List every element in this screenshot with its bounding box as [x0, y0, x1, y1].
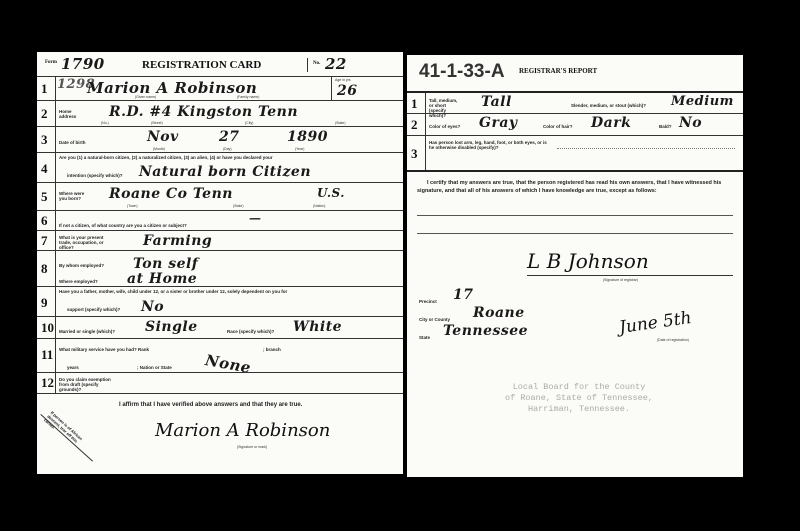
row-number: 4	[41, 161, 48, 177]
build-value: Medium	[671, 94, 734, 109]
home-address-value: R.D. #4 Kingston Tenn	[109, 104, 298, 120]
row-name: 1 1298 Marion A Robinson (Given name) (F…	[37, 76, 403, 101]
row-dependents: 9 Have you a father, mother, wife, child…	[37, 286, 403, 317]
row-occupation: 7 What is your present trade, occupation…	[37, 230, 403, 251]
registration-date: June 5th	[618, 308, 693, 338]
stamp-line: of Roane, State of Tennessee,	[479, 393, 679, 404]
field-label: Where employed?	[59, 279, 98, 284]
field-label: Color of eyes?	[429, 124, 460, 129]
given-name-label: (Given name)	[135, 95, 156, 99]
age-value: 26	[337, 83, 357, 99]
sub-label: (State)	[335, 121, 346, 125]
employer-value: Ton self	[133, 256, 198, 272]
local-board-stamp: Local Board for the County of Roane, Sta…	[479, 382, 679, 415]
row-number: 9	[41, 295, 48, 311]
birth-month: Nov	[147, 129, 179, 145]
sub-label: (City)	[245, 121, 253, 125]
exception-line	[417, 215, 733, 216]
divider	[307, 58, 308, 72]
sub-label: (Year)	[295, 147, 304, 151]
precinct-label: Precinct	[419, 299, 437, 304]
field-label: intention (specify which)?	[67, 173, 123, 178]
row-number: 1	[411, 96, 418, 112]
row-number: 8	[41, 261, 48, 277]
state-value: Tennessee	[443, 323, 528, 339]
birth-day: 27	[219, 129, 239, 145]
row-citizenship: 4 Are you (1) a natural-born citizen, (2…	[37, 152, 403, 183]
field-label: Have you a father, mother, wife, child u…	[59, 289, 379, 294]
row-home-address: 2 Home address R.D. #4 Kingston Tenn (No…	[37, 100, 403, 127]
sub-label: (Day)	[223, 147, 232, 151]
row-exemption: 12 Do you claim exemption from draft (sp…	[37, 372, 403, 394]
marital-status-value: Single	[145, 319, 198, 335]
field-label: Bald?	[659, 124, 672, 129]
sub-label: (No.)	[101, 121, 109, 125]
employment-place-value: at Home	[127, 271, 197, 287]
city-county-label: City or County	[419, 317, 450, 322]
row-number: 1	[41, 81, 48, 97]
field-label: Slender, medium, or stout (which)?	[571, 103, 646, 108]
sub-label: (Nation)	[313, 204, 325, 208]
occupation-value: Farming	[143, 233, 212, 249]
row-build: 1 Tall, medium, or short (specify which)…	[407, 91, 743, 115]
row-disability: 3 Has person lost arm, leg, hand, foot, …	[407, 135, 743, 172]
city-county-value: Roane	[473, 305, 525, 321]
form-number: 1790	[61, 55, 105, 73]
state-label: State	[419, 335, 430, 340]
date-label: (Date of registration)	[657, 338, 689, 342]
field-label: Home address	[59, 109, 79, 119]
precinct-value: 17	[453, 287, 473, 303]
registrant-signature: Marion A Robinson	[155, 420, 330, 441]
certification-text: I certify that my answers are true, that…	[417, 179, 733, 195]
field-label: By whom employed?	[59, 263, 104, 268]
field-label: support (specify which)?	[67, 307, 120, 312]
row-employer: 8 By whom employed? Ton self Where emplo…	[37, 250, 403, 287]
height-value: Tall	[481, 94, 512, 110]
row-foreign-citizen: 6 If not a citizen, of what country are …	[37, 210, 403, 231]
row-number: 12	[41, 375, 54, 391]
field-label: Where were you born?	[59, 191, 85, 201]
row-birthplace: 5 Where were you born? Roane Co Tenn U.S…	[37, 182, 403, 211]
signature-label: (Signature or mark)	[237, 445, 267, 449]
field-label: What is your present trade, occupation, …	[59, 235, 114, 250]
card-title: REGISTRATION CARD	[142, 59, 261, 71]
affirmation-text: I affirm that I have verified above answ…	[119, 402, 302, 408]
field-label: ; Nation or State	[137, 365, 172, 370]
field-label: Do you claim exemption from draft (speci…	[59, 377, 119, 392]
serial-number: 22	[325, 55, 347, 73]
bald-value: No	[679, 115, 702, 131]
registrars-report-card: 41-1-33-A REGISTRAR'S REPORT 1 Tall, med…	[407, 55, 743, 477]
sub-label: (Street)	[151, 121, 163, 125]
row-number: 6	[41, 213, 48, 229]
hair-color-value: Dark	[591, 115, 631, 131]
dependents-value: No	[141, 299, 164, 315]
birth-nation-value: U.S.	[317, 186, 345, 200]
row-number: 11	[41, 347, 53, 363]
row-eyes-hair: 2 Color of eyes? Gray Color of hair? Dar…	[407, 113, 743, 136]
field-label: Color of hair?	[543, 124, 573, 129]
field-label: What military service have you had? Rank	[59, 347, 149, 352]
sub-label: (State)	[233, 204, 244, 208]
age-label: Age in yrs	[335, 78, 351, 82]
row-number: 2	[411, 117, 418, 133]
row-military-service: 11 What military service have you had? R…	[37, 338, 403, 373]
field-label: Date of birth	[59, 140, 86, 145]
field-label: years	[67, 365, 79, 370]
row-date-of-birth: 3 Date of birth Nov 27 1890 (Month) (Day…	[37, 126, 403, 153]
birthplace-value: Roane Co Tenn	[109, 186, 233, 202]
citizenship-value: Natural born Citizen	[139, 164, 311, 180]
field-label: Married or single (which)?	[59, 329, 115, 334]
form-label: Form	[45, 60, 57, 65]
eye-color-value: Gray	[479, 115, 518, 131]
field-label: If not a citizen, of what country are yo…	[59, 223, 187, 228]
stamp-line: Harriman, Tennessee.	[479, 404, 679, 415]
registration-card: Form 1790 REGISTRATION CARD No. 22 1 129…	[37, 52, 403, 474]
report-title: REGISTRAR'S REPORT	[519, 67, 597, 75]
stamp-number: 41-1-33-A	[419, 61, 505, 83]
row-marital-race: 10 Married or single (which)? Single Rac…	[37, 316, 403, 339]
sub-label: (Town)	[127, 204, 138, 208]
foreign-citizen-value: —	[249, 211, 262, 225]
serial-no-label: No.	[313, 61, 320, 66]
exception-line	[417, 233, 733, 234]
corner-note: If person is of African descent, tear of…	[43, 410, 86, 451]
birth-year: 1890	[287, 129, 328, 145]
row-number: 5	[41, 189, 48, 205]
race-value: White	[293, 319, 342, 335]
row-number: 3	[411, 146, 418, 162]
row-number: 3	[41, 132, 48, 148]
registrar-signature: L B Johnson	[527, 249, 649, 273]
sub-label: (Month)	[153, 147, 165, 151]
row-number: 10	[41, 320, 54, 336]
signature-line	[527, 275, 733, 276]
field-label: Has person lost arm, leg, hand, foot, or…	[429, 140, 549, 150]
field-label: ; branch	[263, 347, 281, 352]
row-number: 2	[41, 106, 48, 122]
stamp-line: Local Board for the County	[479, 382, 679, 393]
field-label: Race (specify which)?	[227, 329, 274, 334]
row-number: 7	[41, 233, 48, 249]
registrar-label: (Signature of registrar)	[603, 278, 638, 282]
family-name-label: (Family name)	[237, 95, 259, 99]
field-label: Are you (1) a natural-born citizen, (2) …	[59, 155, 379, 160]
name-value: Marion A Robinson	[87, 79, 257, 97]
